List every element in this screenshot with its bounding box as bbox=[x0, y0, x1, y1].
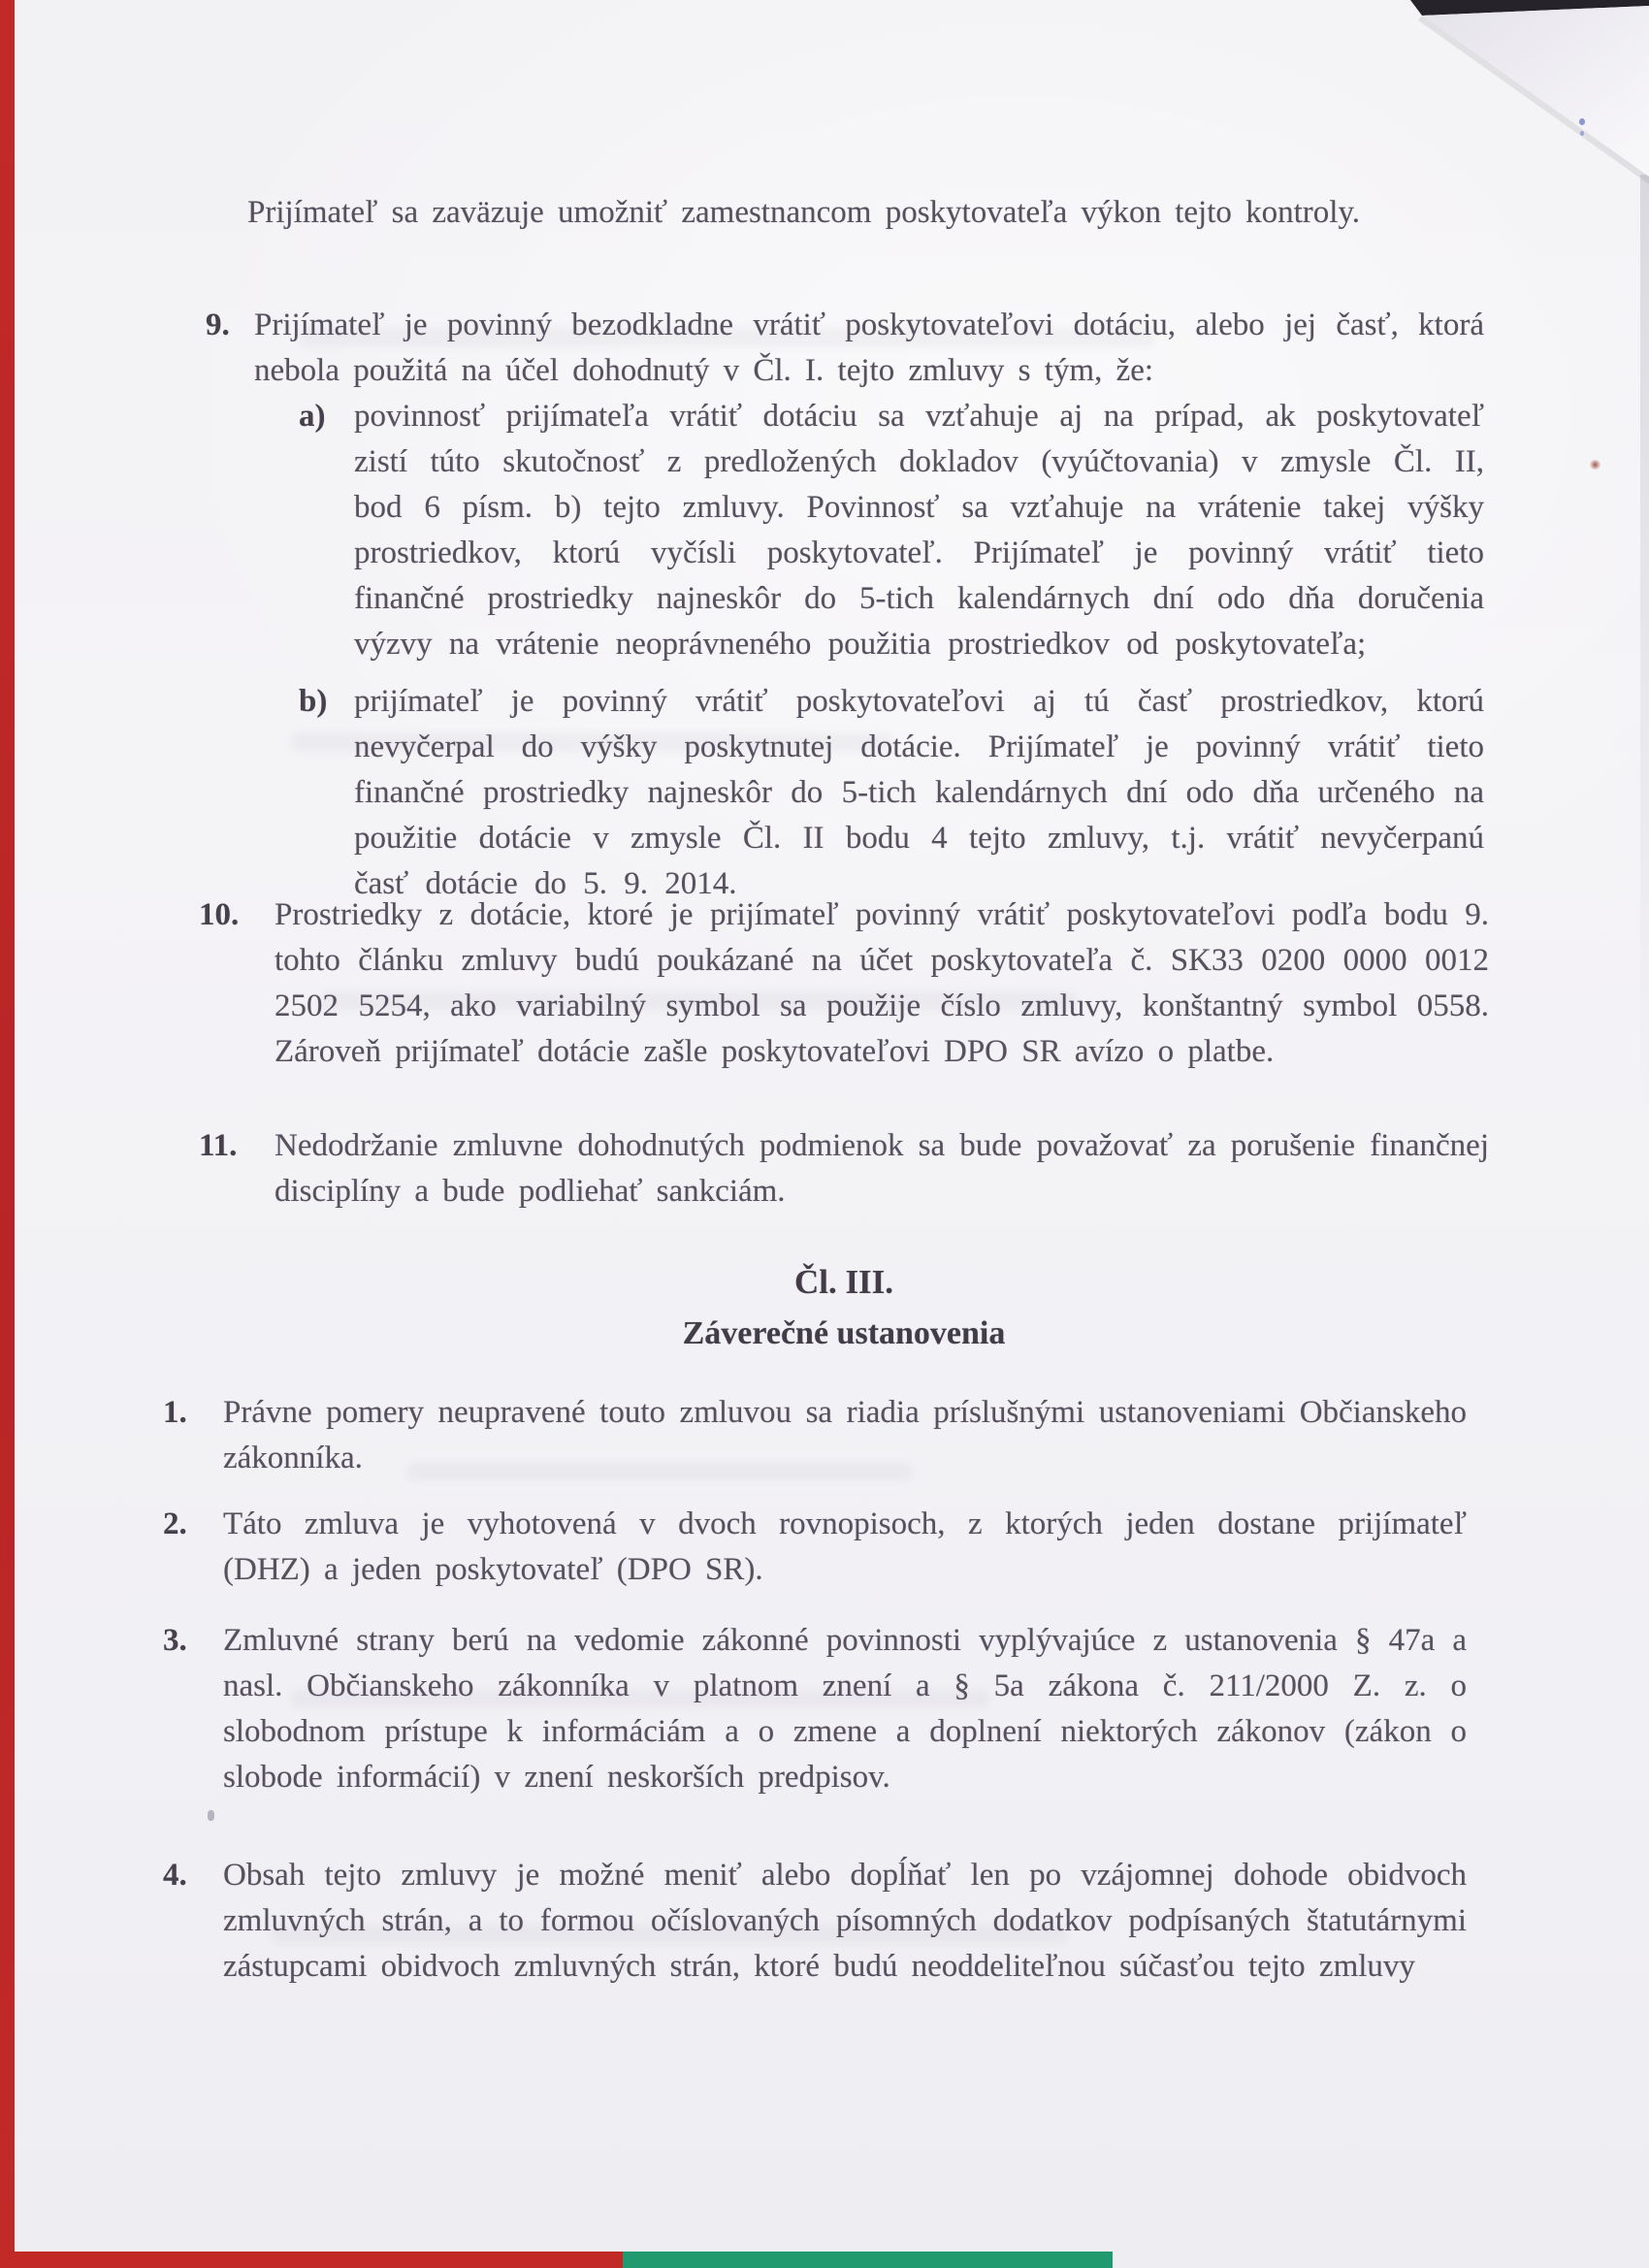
left-edge-scan-stripe bbox=[0, 0, 15, 2268]
item-text: Obsah tejto zmluvy je možné meniť alebo … bbox=[223, 1853, 1467, 1990]
list-item-9: 9. Prijímateľ je povinný bezodkladne vrá… bbox=[206, 303, 1484, 907]
item-number: 2. bbox=[163, 1502, 223, 1547]
scanned-contract-page: Prijímateľ sa zaväzuje umožniť zamestnan… bbox=[0, 0, 1649, 2268]
item-number: 10. bbox=[199, 892, 275, 938]
ink-speck-red bbox=[1589, 460, 1601, 470]
sub-item-marker: b) bbox=[299, 679, 354, 907]
right-edge-scan-shade bbox=[1640, 175, 1649, 1125]
item-text: Táto zmluva je vyhotovená v dvoch rovnop… bbox=[223, 1502, 1467, 1593]
item-text: Prostriedky z dotácie, ktoré je prijímat… bbox=[275, 892, 1489, 1075]
item-number: 1. bbox=[163, 1390, 223, 1436]
item-number: 9. bbox=[206, 303, 254, 348]
sub-item-marker: a) bbox=[299, 394, 354, 667]
item-text: Zmluvné strany berú na vedomie zákonné p… bbox=[223, 1618, 1467, 1800]
item-number: 3. bbox=[163, 1618, 223, 1664]
article-heading: Čl. III. Záverečné ustanovenia bbox=[29, 1259, 1649, 1356]
bottom-edge-scan-stripe-red bbox=[0, 2252, 623, 2268]
sub-item-text: povinnosť prijímateľa vrátiť dotáciu sa … bbox=[354, 394, 1484, 667]
ink-speck-blue bbox=[1579, 118, 1585, 125]
article-number: Čl. III. bbox=[29, 1259, 1649, 1305]
list-item-11: 11. Nedodržanie zmluvne dohodnutých podm… bbox=[199, 1123, 1489, 1215]
list-item-1: 1. Právne pomery neupravené touto zmluvo… bbox=[163, 1390, 1467, 1481]
list-item-3: 3. Zmluvné strany berú na vedomie zákonn… bbox=[163, 1618, 1467, 1800]
ink-speck-gray bbox=[208, 1810, 214, 1821]
article-title: Záverečné ustanovenia bbox=[29, 1311, 1649, 1356]
list-item-10: 10. Prostriedky z dotácie, ktoré je prij… bbox=[199, 892, 1489, 1075]
item-number: 4. bbox=[163, 1853, 223, 1898]
sub-item-b: b) prijímateľ je povinný vrátiť poskytov… bbox=[299, 679, 1484, 907]
sub-item-a: a) povinnosť prijímateľa vrátiť dotáciu … bbox=[299, 394, 1484, 667]
item-text: Právne pomery neupravené touto zmluvou s… bbox=[223, 1390, 1467, 1481]
item-text: Nedodržanie zmluvne dohodnutých podmieno… bbox=[275, 1123, 1489, 1215]
intro-paragraph: Prijímateľ sa zaväzuje umožniť zamestnan… bbox=[247, 190, 1479, 236]
sub-item-text: prijímateľ je povinný vrátiť poskytovate… bbox=[354, 679, 1484, 907]
list-item-2: 2. Táto zmluva je vyhotovená v dvoch rov… bbox=[163, 1502, 1467, 1593]
list-item-4: 4. Obsah tejto zmluvy je možné meniť ale… bbox=[163, 1853, 1467, 1990]
item-number: 11. bbox=[199, 1123, 275, 1169]
bottom-edge-scan-stripe-teal bbox=[623, 2252, 1113, 2268]
item-text: Prijímateľ je povinný bezodkladne vrátiť… bbox=[254, 303, 1484, 394]
